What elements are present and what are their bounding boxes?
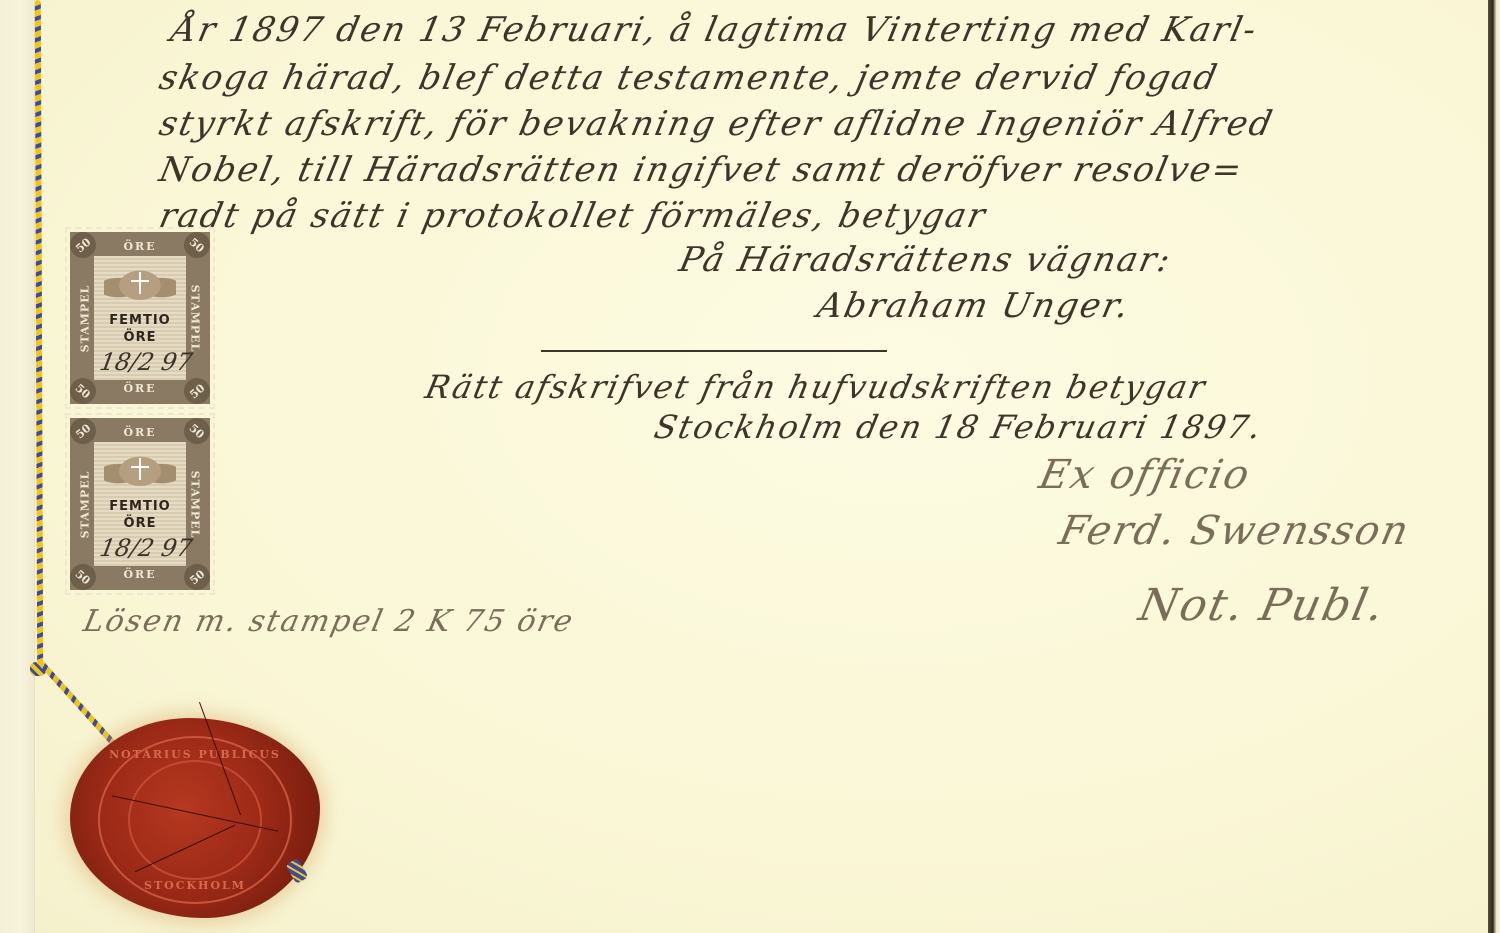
document-page: År 1897 den 13 Februari, å lagtima Vinte… — [0, 0, 1500, 933]
main-text-line-4: Nobel, till Häradsrätten ingifvet samt d… — [156, 150, 1247, 190]
revenue-stamp-2: ÖRE ÖRE STAMPEL STAMPEL FEMTIO ÖRE 18/2 … — [70, 418, 210, 590]
stamp-cancellation: 18/2 97 — [98, 534, 195, 562]
seal-top-inscription: NOTARIUS PUBLICUS — [70, 748, 320, 761]
main-text-line-5: radt på sätt i protokollet förmäles, bet… — [156, 196, 991, 236]
binding-cord — [35, 0, 43, 670]
closing-text: På Häradsrättens vägnar: — [676, 240, 1176, 280]
signature-abraham-unger: Abraham Unger. — [814, 286, 1134, 326]
signature-ex-officio: Ex officio — [1035, 452, 1255, 498]
stamp-denomination: FEMTIO ÖRE — [94, 312, 186, 346]
main-text-line-3: styrkt afskrift, för bevakning efter afl… — [156, 104, 1278, 144]
stamp-cancellation: 18/2 97 — [98, 348, 195, 376]
stamp-side-left: STAMPEL — [76, 442, 94, 566]
signature-notary-name: Ferd. Swensson — [1055, 508, 1414, 554]
page-right-edge — [1488, 0, 1500, 933]
coat-of-arms-icon — [104, 260, 176, 306]
certification-line-2: Stockholm den 18 Februari 1897. — [651, 408, 1266, 446]
stamp-side-left: STAMPEL — [76, 256, 94, 380]
main-text-line-1: År 1897 den 13 Februari, å lagtima Vinte… — [168, 10, 1262, 50]
stamp-denomination: FEMTIO ÖRE — [94, 498, 186, 532]
left-margin-fold — [0, 0, 35, 933]
signature-not-publ: Not. Publ. — [1135, 580, 1391, 631]
wax-seal: NOTARIUS PUBLICUS STOCKHOLM — [70, 718, 320, 918]
margin-note-stamp-fee: Lösen m. stampel 2 K 75 öre — [80, 604, 577, 639]
coat-of-arms-icon — [104, 446, 176, 492]
certification-line-1: Rätt afskrifvet från hufvudskriften bety… — [422, 368, 1210, 406]
revenue-stamp-1: ÖRE ÖRE STAMPEL STAMPEL FEMTIO ÖRE 18/2 … — [70, 232, 210, 404]
seal-bottom-inscription: STOCKHOLM — [70, 879, 320, 892]
binding-cord-tail — [38, 660, 116, 746]
seal-inner-ring — [128, 760, 262, 880]
main-text-line-2: skoga härad, blef detta testamente, jemt… — [156, 58, 1222, 98]
divider-rule — [541, 350, 887, 352]
